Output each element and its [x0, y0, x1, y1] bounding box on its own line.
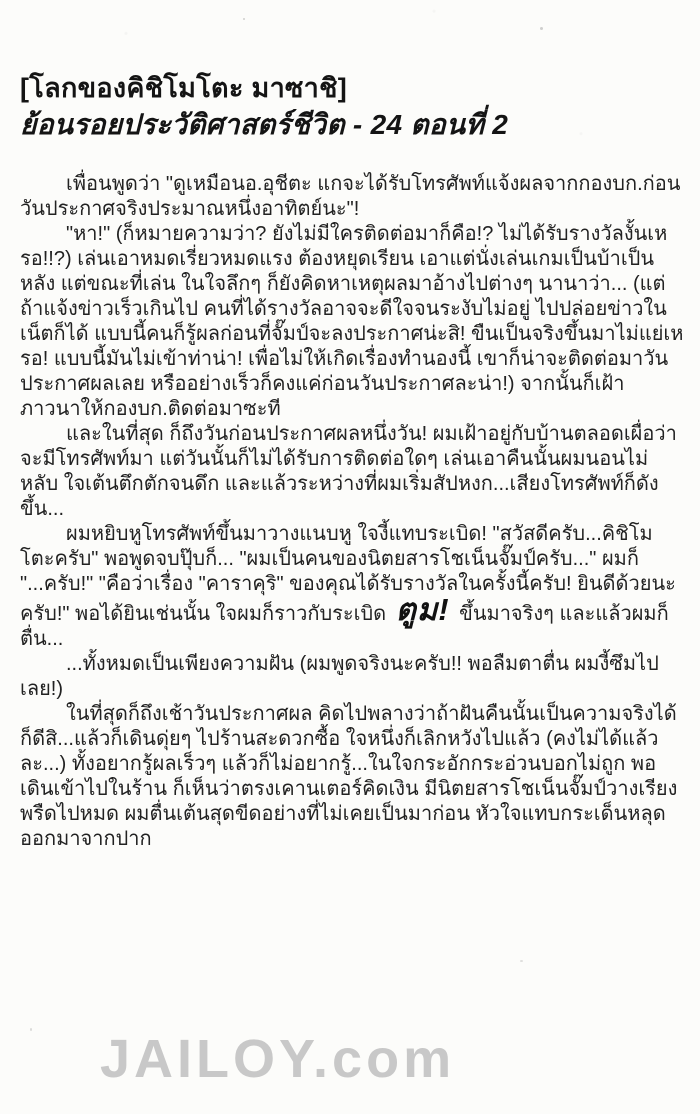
body-paragraph-4: ผมหยิบหูโทรศัพท์ขึ้นมาวางแนบหู ใจงี้แทบร…	[20, 522, 684, 652]
page-title: [โลกของคิชิโมโตะ มาซาชิ] ย้อนรอยประวัติศ…	[0, 0, 700, 144]
scanned-page: [โลกของคิชิโมโตะ มาซาชิ] ย้อนรอยประวัติศ…	[0, 0, 700, 1114]
body-paragraph-1: เพื่อนพูดว่า "ดูเหมือนอ.อุชีตะ แกจะได้รั…	[20, 172, 684, 222]
scan-speck	[30, 1028, 32, 1031]
body-text: เพื่อนพูดว่า "ดูเหมือนอ.อุชีตะ แกจะได้รั…	[0, 144, 700, 852]
scan-speck	[243, 18, 245, 20]
body-paragraph-2: "หา!" (ก็หมายความว่า? ยังไม่มีใครติดต่อม…	[20, 222, 684, 422]
boom-sfx-word: ตูม!	[392, 592, 454, 627]
body-paragraph-6: ในที่สุดก็ถึงเช้าวันประกาศผล คิดไปพลางว่…	[20, 702, 684, 852]
title-line-2: ย้อนรอยประวัติศาสตร์ชีวิต - 24 ตอนที่ 2	[20, 106, 680, 144]
body-paragraph-5: ...ทั้งหมดเป็นเพียงความฝัน (ผมพูดจริงนะค…	[20, 652, 684, 702]
body-paragraph-3: และในที่สุด ก็ถึงวันก่อนประกาศผลหนึ่งวัน…	[20, 422, 684, 522]
scan-speck	[540, 27, 543, 30]
title-line-1: [โลกของคิชิโมโตะ มาซาชิ]	[20, 70, 680, 106]
jailoy-watermark: JAILOY.com	[100, 1028, 455, 1090]
scan-speck	[520, 960, 523, 962]
